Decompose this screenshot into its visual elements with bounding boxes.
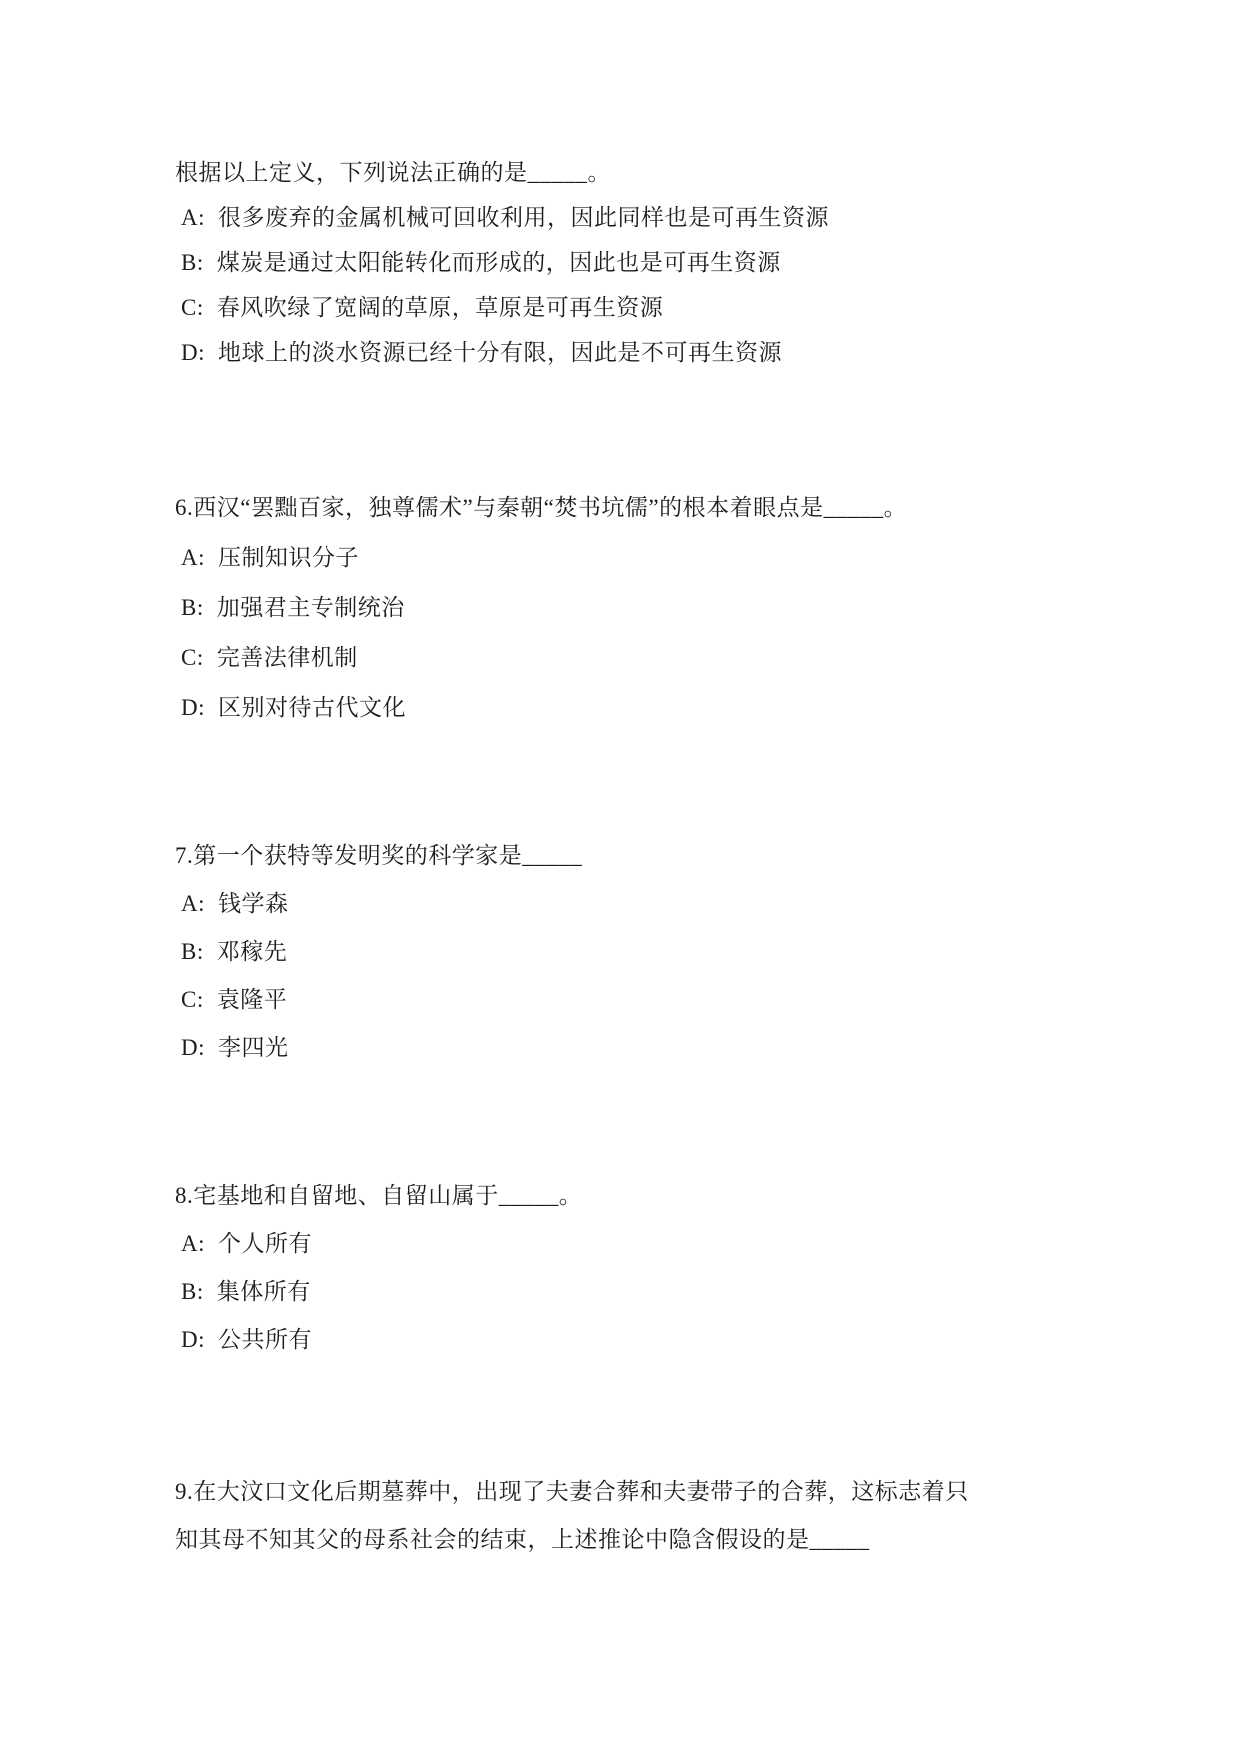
document-page: 根据以上定义，下列说法正确的是_____。 A:很多废弃的金属机械可回收利用，因…: [0, 0, 1240, 1753]
option-text: 邓稼先: [217, 939, 288, 964]
option-label: C:: [181, 976, 204, 1024]
question-block-8: 8.宅基地和自留地、自留山属于_____。 A:个人所有 B:集体所有 D:公共…: [175, 1172, 1180, 1364]
option-text: 煤炭是通过太阳能转化而形成的，因此也是可再生资源: [217, 250, 781, 275]
option-text: 春风吹绿了宽阔的草原，草原是可再生资源: [217, 295, 664, 320]
option-a: A:钱学森: [175, 880, 1180, 928]
option-label: D:: [181, 683, 205, 733]
option-text: 很多废弃的金属机械可回收利用，因此同样也是可再生资源: [218, 205, 829, 230]
option-text: 加强君主专制统治: [217, 595, 405, 620]
option-text: 李四光: [218, 1035, 289, 1060]
question-stem: 6.西汉“罢黜百家，独尊儒术”与秦朝“焚书坑儒”的根本着眼点是_____。: [175, 483, 1180, 533]
option-label: B:: [181, 928, 204, 976]
option-a: A:压制知识分子: [175, 533, 1180, 583]
option-label: D:: [181, 330, 205, 375]
question-stem: 8.宅基地和自留地、自留山属于_____。: [175, 1172, 1180, 1220]
option-label: A:: [181, 1220, 205, 1268]
option-b: B:煤炭是通过太阳能转化而形成的，因此也是可再生资源: [175, 240, 1180, 285]
option-label: C:: [181, 285, 204, 330]
option-label: A:: [181, 880, 205, 928]
option-label: C:: [181, 633, 204, 683]
option-c: C:完善法律机制: [175, 633, 1180, 683]
option-d: D:地球上的淡水资源已经十分有限，因此是不可再生资源: [175, 330, 1180, 375]
question-stem-line-1: 9.在大汶口文化后期墓葬中，出现了夫妻合葬和夫妻带子的合葬，这标志着只: [175, 1468, 1180, 1516]
question-block-6: 6.西汉“罢黜百家，独尊儒术”与秦朝“焚书坑儒”的根本着眼点是_____。 A:…: [175, 483, 1180, 733]
option-b: B:加强君主专制统治: [175, 583, 1180, 633]
question-stem-line-2: 知其母不知其父的母系社会的结束，上述推论中隐含假设的是_____: [175, 1516, 1180, 1564]
option-a: A:个人所有: [175, 1220, 1180, 1268]
option-label: A:: [181, 195, 205, 240]
page-content: 根据以上定义，下列说法正确的是_____。 A:很多废弃的金属机械可回收利用，因…: [0, 0, 1240, 1564]
option-d: D:区别对待古代文化: [175, 683, 1180, 733]
option-label: D:: [181, 1024, 205, 1072]
question-block-5: 根据以上定义，下列说法正确的是_____。 A:很多废弃的金属机械可回收利用，因…: [175, 150, 1180, 375]
option-text: 钱学森: [218, 891, 289, 916]
option-label: B:: [181, 1268, 204, 1316]
option-text: 区别对待古代文化: [218, 695, 406, 720]
option-label: B:: [181, 240, 204, 285]
option-text: 袁隆平: [217, 987, 288, 1012]
option-b: B:邓稼先: [175, 928, 1180, 976]
option-label: D:: [181, 1316, 205, 1364]
option-label: B:: [181, 583, 204, 633]
option-text: 个人所有: [218, 1231, 312, 1256]
option-text: 完善法律机制: [217, 645, 358, 670]
question-block-9: 9.在大汶口文化后期墓葬中，出现了夫妻合葬和夫妻带子的合葬，这标志着只 知其母不…: [175, 1468, 1180, 1564]
question-stem: 根据以上定义，下列说法正确的是_____。: [175, 150, 1180, 195]
option-label: A:: [181, 533, 205, 583]
option-c: C:袁隆平: [175, 976, 1180, 1024]
option-b: B:集体所有: [175, 1268, 1180, 1316]
option-text: 压制知识分子: [218, 545, 359, 570]
option-d: D:李四光: [175, 1024, 1180, 1072]
option-c: C:春风吹绿了宽阔的草原，草原是可再生资源: [175, 285, 1180, 330]
option-text: 公共所有: [218, 1327, 312, 1352]
question-block-7: 7.第一个获特等发明奖的科学家是_____ A:钱学森 B:邓稼先 C:袁隆平 …: [175, 832, 1180, 1072]
option-d: D:公共所有: [175, 1316, 1180, 1364]
option-text: 集体所有: [217, 1279, 311, 1304]
option-a: A:很多废弃的金属机械可回收利用，因此同样也是可再生资源: [175, 195, 1180, 240]
question-stem: 7.第一个获特等发明奖的科学家是_____: [175, 832, 1180, 880]
option-text: 地球上的淡水资源已经十分有限，因此是不可再生资源: [218, 340, 782, 365]
